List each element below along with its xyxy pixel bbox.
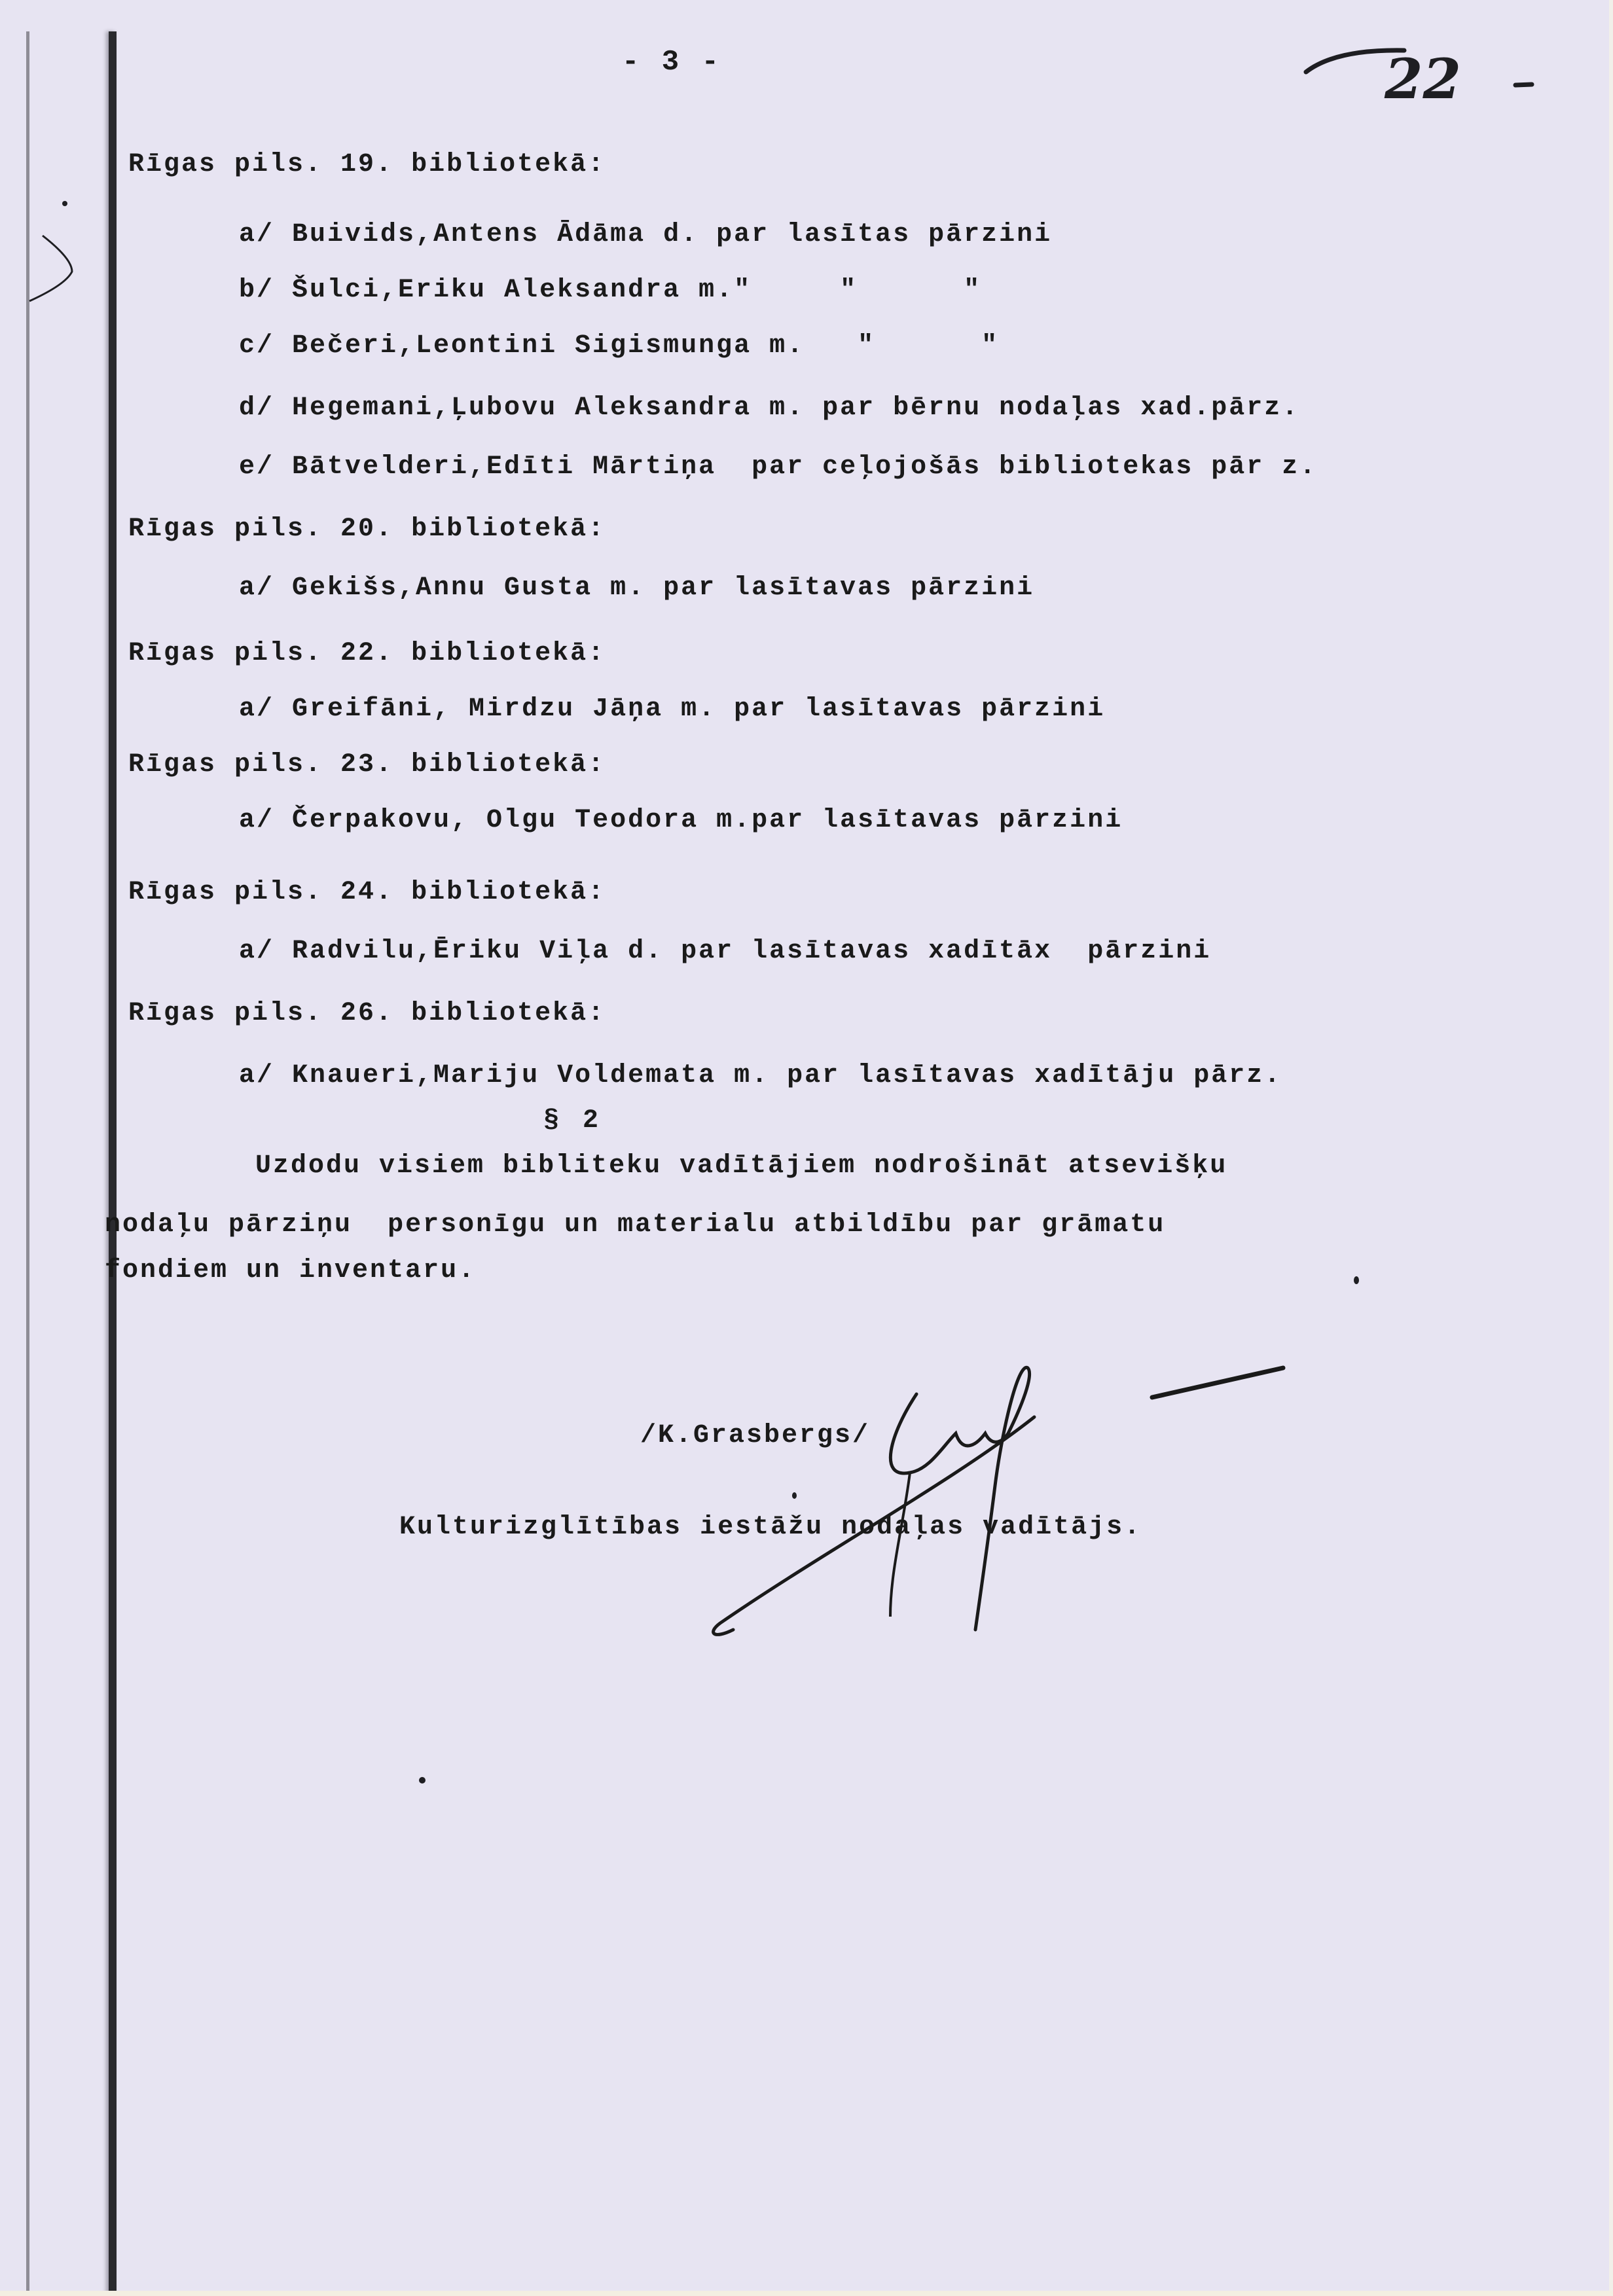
scan-speck (1354, 1276, 1359, 1284)
handwritten-signature (694, 1355, 1296, 1636)
section-sign: § 2 (543, 1106, 602, 1136)
archive-number-handwritten: 22 (1296, 36, 1571, 108)
margin-line-thin (26, 31, 29, 2296)
paragraph-line: Uzdodu visiem bibliteku vadītājiem nodro… (255, 1151, 1227, 1182)
list-item: a/ Buivids,Antens Ādāma d. par lasītas p… (239, 219, 1052, 251)
list-item: c/ Bečeri,Leontini Sigismunga m. " " (239, 331, 999, 362)
paragraph-line: nodaļu pārziņu personīgu un materialu at… (105, 1210, 1165, 1241)
section-heading-19: Rīgas pils. 19. bibliotekā: (128, 149, 606, 181)
list-item: a/ Gekišs,Annu Gusta m. par lasītavas pā… (239, 573, 1034, 604)
paragraph-line: fondiem un inventaru. (105, 1255, 476, 1287)
document-page: - 3 - 22 Rīgas pils. 19. bibliotekā: a/ … (0, 0, 1613, 2296)
scan-speck (792, 1492, 797, 1499)
section-heading-20: Rīgas pils. 20. bibliotekā: (128, 514, 606, 545)
svg-text:22: 22 (1384, 46, 1461, 108)
list-item: e/ Bātvelderi,Edīti Mārtiņa par ceļojošā… (239, 452, 1317, 483)
margin-line-thick (109, 31, 117, 2296)
list-item: a/ Čerpakovu, Olgu Teodora m.par lasītav… (239, 805, 1123, 836)
section-heading-23: Rīgas pils. 23. bibliotekā: (128, 749, 606, 781)
page-number: - 3 - (622, 46, 721, 79)
paper-edge-right (1609, 0, 1613, 2296)
section-heading-22: Rīgas pils. 22. bibliotekā: (128, 638, 606, 670)
list-item: b/ Šulci,Eriku Aleksandra m." " " (239, 275, 981, 306)
list-item: d/ Hegemani,Ļubovu Aleksandra m. par bēr… (239, 393, 1299, 424)
bracket-mark-icon (26, 232, 79, 304)
scan-speck (62, 201, 67, 206)
list-item: a/ Radvilu,Ēriku Viļa d. par lasītavas x… (239, 936, 1211, 967)
list-item: a/ Knaueri,Mariju Voldemata m. par lasīt… (239, 1060, 1282, 1092)
list-item: a/ Greifāni, Mirdzu Jāņa m. par lasītava… (239, 694, 1105, 725)
paper-edge-bottom (0, 2291, 1613, 2296)
scan-speck (419, 1777, 426, 1784)
section-heading-26: Rīgas pils. 26. bibliotekā: (128, 998, 606, 1030)
section-heading-24: Rīgas pils. 24. bibliotekā: (128, 877, 606, 908)
